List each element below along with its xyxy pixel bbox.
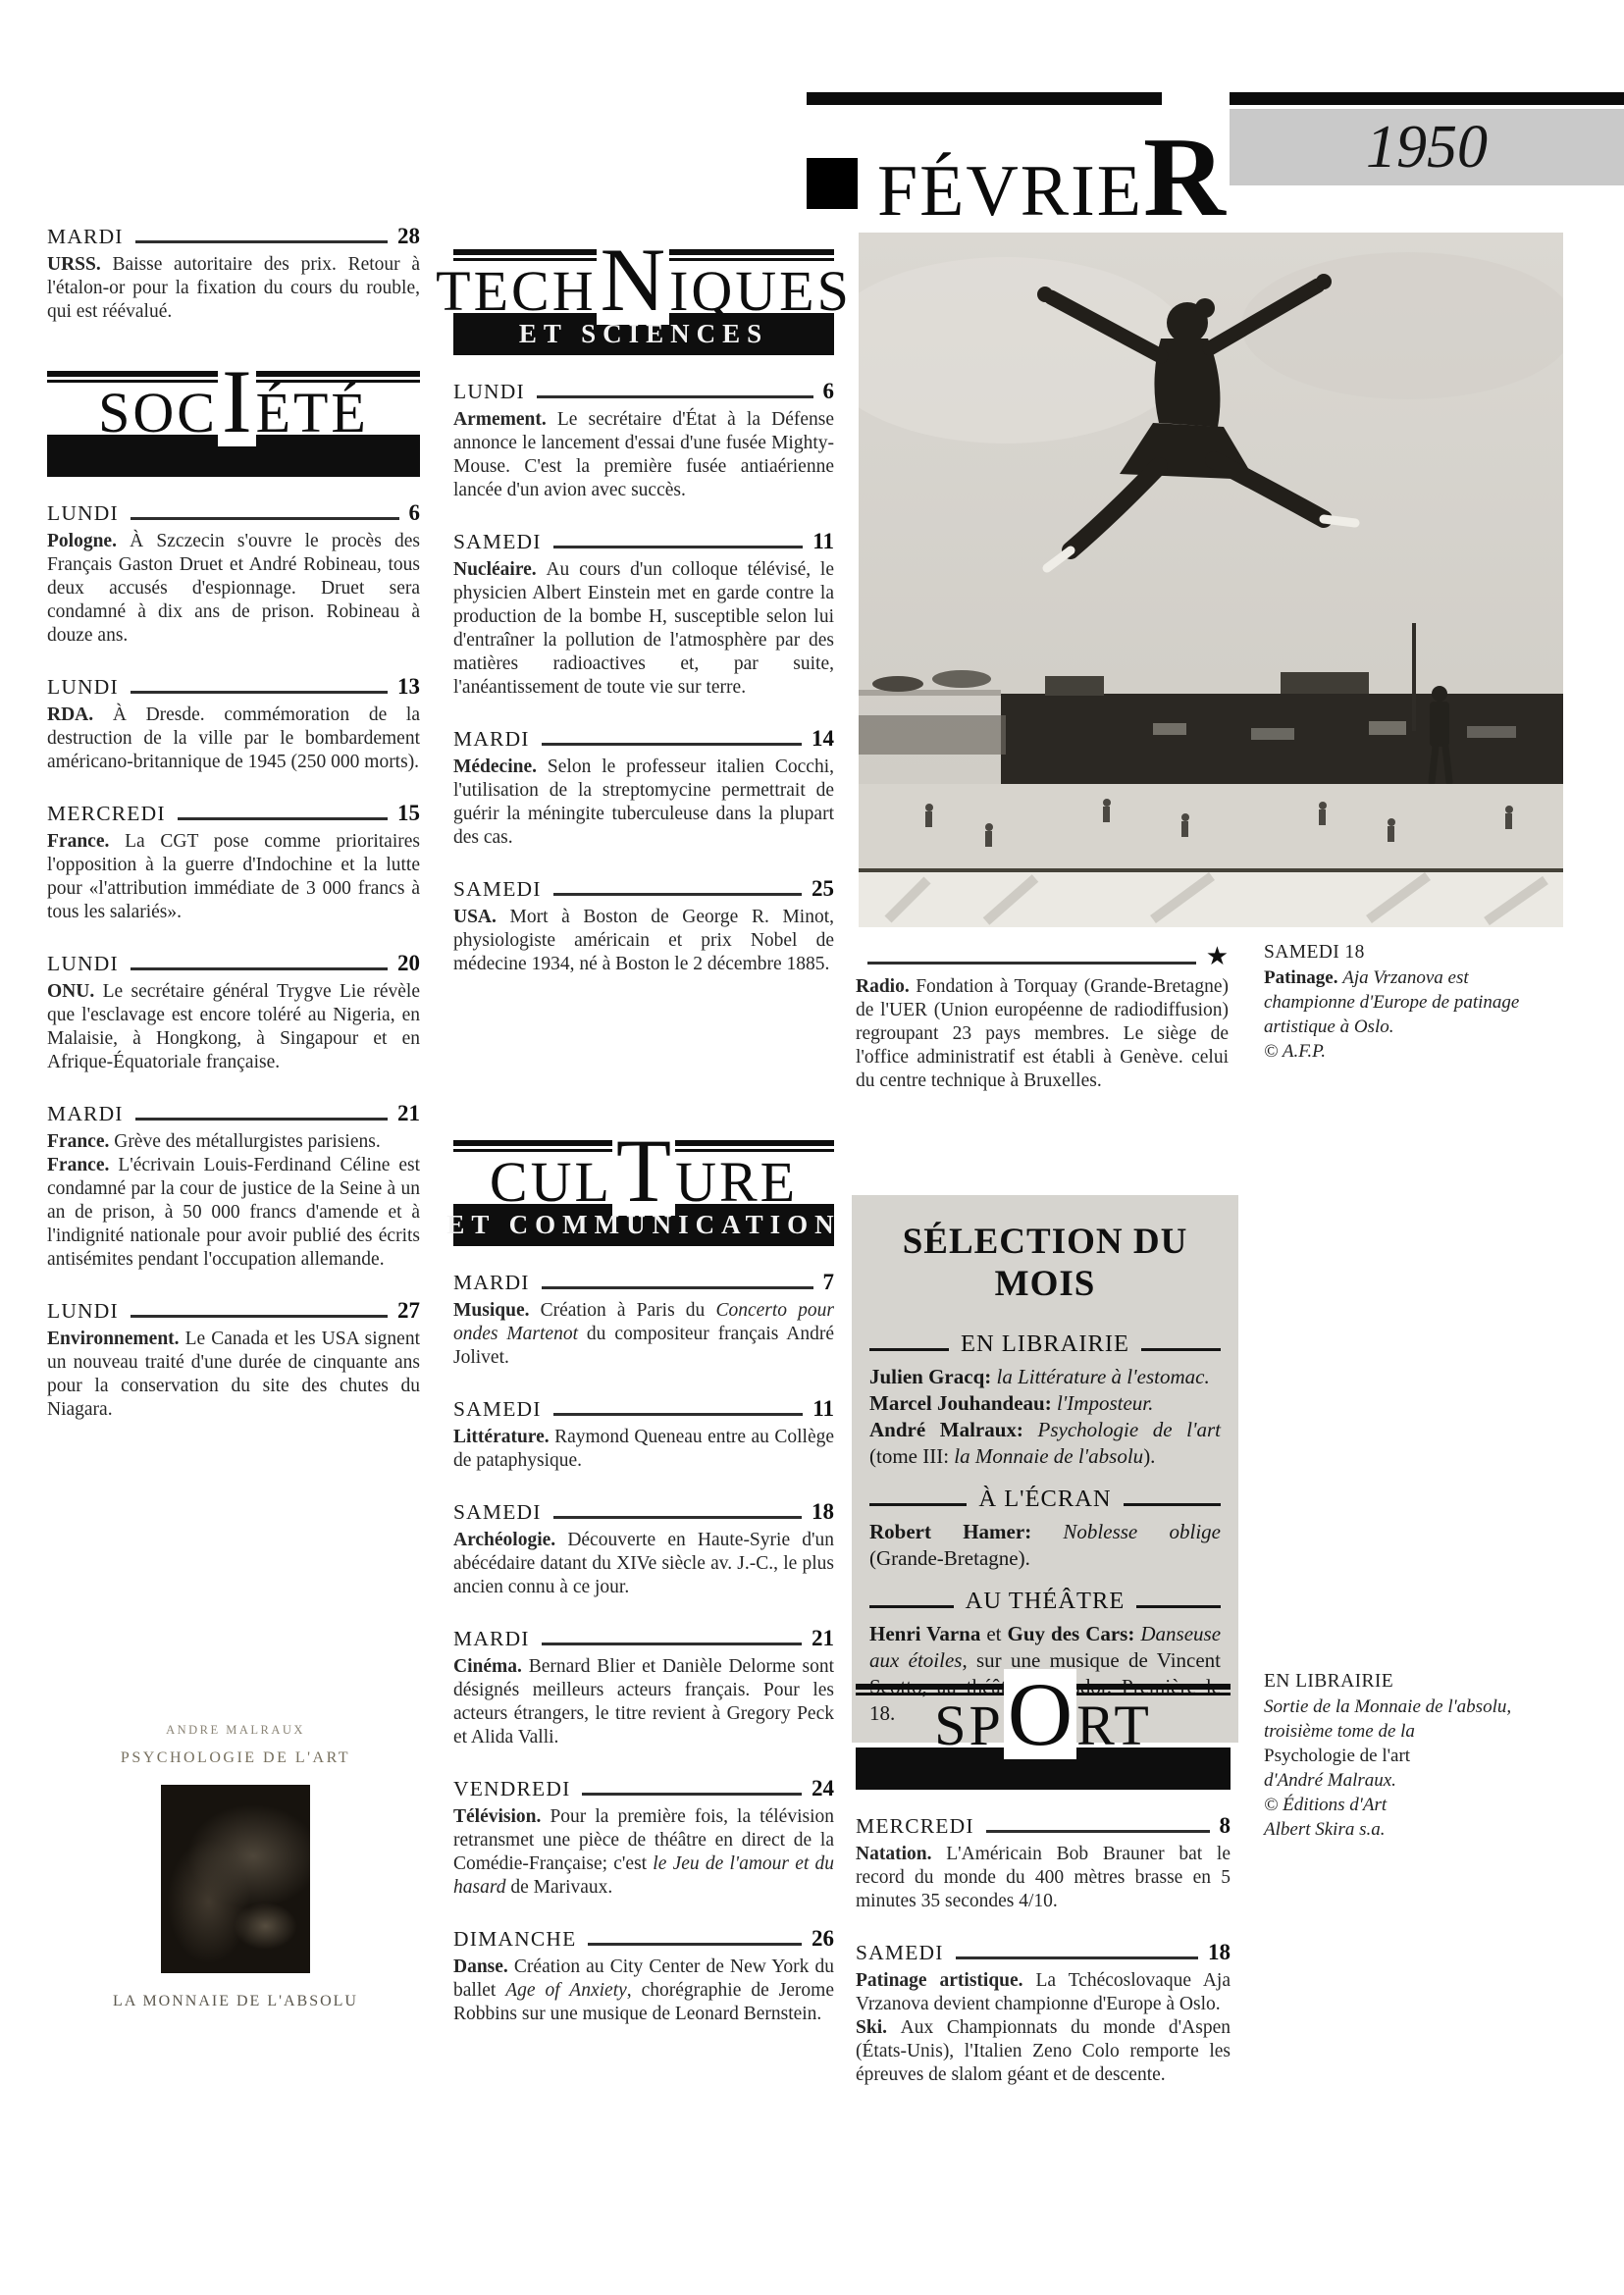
- text-segment: Cinéma.: [453, 1656, 529, 1677]
- text-segment: Patinage artistique.: [856, 1970, 1036, 1991]
- text-segment: Médecine.: [453, 756, 548, 777]
- chronicle-entry: MERCREDI15France. La CGT pose comme prio…: [47, 801, 420, 924]
- entry-rule: [542, 1643, 802, 1645]
- societe-entries: LUNDI6Pologne. À Szczecin s'ouvre le pro…: [47, 500, 420, 1422]
- entry-rule: [131, 967, 388, 970]
- text-segment: la Monnaie de l'absolu: [954, 1444, 1143, 1468]
- square-bullet-icon: [807, 158, 858, 209]
- text-segment: Ski.: [856, 2017, 901, 2038]
- entry-date-number: 21: [397, 1101, 420, 1126]
- entry-date-number: 15: [397, 801, 420, 826]
- entry-day-header: MARDI21: [453, 1626, 834, 1651]
- entry-day-header: LUNDI13: [47, 674, 420, 700]
- entry-text: ONU. Le secrétaire général Trygve Lie ré…: [47, 980, 420, 1074]
- text-segment: Environnement.: [47, 1329, 185, 1349]
- entry-text: Natation. L'Américain Bob Brauner bat le…: [856, 1843, 1231, 1913]
- text-segment: la Littérature à l'estomac.: [997, 1365, 1210, 1388]
- entry-day-header: LUNDI20: [47, 951, 420, 976]
- section-header-societe: SOCIÉTÉ: [47, 356, 420, 477]
- photo-caption: SAMEDI 18 Patinage. Aja Vrzanova est cha…: [1264, 942, 1558, 1064]
- entry-date-number: 11: [812, 529, 834, 554]
- entry-rule: [178, 817, 388, 820]
- entry-day-header: SAMEDI11: [453, 1396, 834, 1422]
- text-segment: (tome III:: [869, 1444, 954, 1468]
- chronicle-entry: LUNDI6Armement. Le secrétaire d'État à l…: [453, 379, 834, 502]
- text-segment: troisième tome de la: [1264, 1721, 1415, 1742]
- heading-label: AU THÉÂTRE: [954, 1588, 1137, 1615]
- heading-rule: [869, 1348, 949, 1351]
- selection-group-heading: À L'ÉCRAN: [869, 1486, 1221, 1513]
- entry-rule: [135, 240, 388, 243]
- entry-text: Danse. Création au City Center de New Yo…: [453, 1956, 834, 2026]
- entry-day-header: LUNDI6: [453, 379, 834, 404]
- masthead-bar-left: [807, 92, 1162, 105]
- entry-text: USA. Mort à Boston de George R. Minot, p…: [453, 906, 834, 976]
- text-segment: Noblesse oblige: [1063, 1520, 1221, 1543]
- entry-text: Littérature. Raymond Queneau entre au Co…: [453, 1426, 834, 1473]
- heading-label: EN LIBRAIRIE: [949, 1330, 1141, 1358]
- entry-date-number: 13: [397, 674, 420, 700]
- entry-date-number: 25: [812, 876, 834, 902]
- entry-date-number: 11: [812, 1396, 834, 1422]
- section-title: CULTURE: [453, 1125, 834, 1204]
- month-title: FÉVRIE R: [807, 121, 1229, 235]
- chronicle-entry: SAMEDI18Archéologie. Découverte en Haute…: [453, 1499, 834, 1599]
- entry-date-number: 14: [812, 726, 834, 752]
- text-segment: Natation.: [856, 1844, 946, 1864]
- book-author: ANDRE MALRAUX: [98, 1723, 373, 1738]
- entry-rule: [542, 743, 802, 746]
- entry-rule: [553, 1516, 802, 1519]
- entry-day-header: SAMEDI18: [856, 1940, 1231, 1965]
- text-segment: Psychologie de l'art: [1264, 1746, 1410, 1766]
- text-segment: France.: [47, 1155, 118, 1175]
- chronicle-entry: MARDI21Cinéma. Bernard Blier et Danièle …: [453, 1626, 834, 1749]
- text-segment: Le secrétaire général Trygve Lie révèle …: [47, 981, 420, 1072]
- entry-date-number: 18: [1208, 1940, 1231, 1965]
- entry-rule: [553, 893, 802, 896]
- entry-date-number: 21: [812, 1626, 834, 1651]
- caption-line: Patinage. Aja Vrzanova est championne d'…: [1264, 965, 1558, 1039]
- section-header-culture: CULTURE ET COMMUNICATION: [453, 1125, 834, 1246]
- entry-day: LUNDI: [47, 1299, 119, 1324]
- bookstore-note: EN LIBRAIRIE Sortie de la Monnaie de l'a…: [1264, 1671, 1558, 1842]
- caption-line: d'André Malraux.: [1264, 1768, 1558, 1793]
- star-icon: ★: [1206, 942, 1229, 971]
- text-segment: Julien Gracq:: [869, 1365, 997, 1388]
- chronicle-entry: LUNDI13RDA. À Dresde. commémoration de l…: [47, 674, 420, 774]
- section-header-techniques: TECHNIQUES ET SCIENCES: [453, 235, 834, 355]
- entry-day: MARDI: [47, 1102, 124, 1126]
- entry-day-header: MARDI21: [47, 1101, 420, 1126]
- entry-date-number: 7: [823, 1270, 835, 1295]
- section-sport: SPORT MERCREDI8Natation. L'Américain Bob…: [856, 1669, 1231, 2113]
- heading-rule: [1141, 1348, 1221, 1351]
- selection-group-heading: EN LIBRAIRIE: [869, 1330, 1221, 1358]
- entry-day-header: MERCREDI8: [856, 1813, 1231, 1839]
- entry-day: VENDREDI: [453, 1777, 570, 1801]
- selection-line: Marcel Jouhandeau: l'Imposteur.: [869, 1390, 1221, 1417]
- entry-text: France. Grève des métallurgistes parisie…: [47, 1130, 420, 1154]
- text-segment: de Marivaux.: [505, 1877, 612, 1898]
- entry-text: Cinéma. Bernard Blier et Danièle Delorme…: [453, 1655, 834, 1749]
- entry-rule: [582, 1793, 802, 1796]
- caption-line: troisième tome de la: [1264, 1719, 1558, 1744]
- entry-rule: [542, 1286, 813, 1289]
- section-societe: SOCIÉTÉ LUNDI6Pologne. À Szczecin s'ouvr…: [47, 356, 420, 1448]
- entry-day: MARDI: [453, 1627, 530, 1651]
- entry-day: MARDI: [453, 727, 530, 752]
- text-segment: Psychologie de l'art: [1038, 1418, 1221, 1441]
- chronicle-entry: SAMEDI11Nucléaire. Au cours d'un colloqu…: [453, 529, 834, 700]
- culture-entries: MARDI7Musique. Création à Paris du Conce…: [453, 1270, 834, 2026]
- chronicle-entry: SAMEDI18Patinage artistique. La Tchécosl…: [856, 1940, 1231, 2087]
- entry-day: LUNDI: [453, 380, 525, 404]
- chronicle-entry: SAMEDI25USA. Mort à Boston de George R. …: [453, 876, 834, 976]
- entry-date-number: 24: [812, 1776, 834, 1801]
- text-segment: Musique.: [453, 1300, 541, 1321]
- entry-date-number: 20: [397, 951, 420, 976]
- entry-day: DIMANCHE: [453, 1927, 576, 1952]
- text-segment: Guy des Cars:: [1008, 1622, 1141, 1645]
- text-segment: (Grande-Bretagne).: [869, 1546, 1030, 1570]
- text-segment: Mort à Boston de George R. Minot, physio…: [453, 907, 834, 974]
- book-cover-image: [161, 1785, 310, 1973]
- chronicle-entry: MARDI7Musique. Création à Paris du Conce…: [453, 1270, 834, 1370]
- entry-date-number: 28: [397, 224, 420, 249]
- selection-group-heading: AU THÉÂTRE: [869, 1588, 1221, 1615]
- entry-text: URSS. Baisse autoritaire des prix. Retou…: [47, 253, 420, 324]
- entry-day-header: DIMANCHE26: [453, 1926, 834, 1952]
- chronicle-entry: LUNDI27Environnement. Le Canada et les U…: [47, 1298, 420, 1422]
- text-segment: Sortie de la: [1264, 1696, 1354, 1717]
- entry-day: MARDI: [47, 225, 124, 249]
- entry-date-number: 6: [823, 379, 835, 404]
- caption-date: SAMEDI 18: [1264, 942, 1558, 964]
- chronicle-entry: ★Radio. Fondation à Torquay (Grande-Bret…: [856, 942, 1229, 1093]
- heading-rule: [1124, 1503, 1221, 1506]
- entry-date-number: 27: [397, 1298, 420, 1324]
- entry-day: LUNDI: [47, 501, 119, 526]
- text-segment: Patinage.: [1264, 967, 1342, 988]
- caption-line: © Éditions d'Art: [1264, 1793, 1558, 1817]
- chronicle-entry: VENDREDI24Télévision. Pour la première f…: [453, 1776, 834, 1900]
- text-segment: Création à Paris du: [541, 1300, 716, 1321]
- entry-day-header: MERCREDI15: [47, 801, 420, 826]
- chronicle-entry: MARDI14Médecine. Selon le professeur ita…: [453, 726, 834, 850]
- entry-day: MARDI: [453, 1271, 530, 1295]
- text-segment: ONU.: [47, 981, 103, 1002]
- book-title: PSYCHOLOGIE DE L'ART: [98, 1749, 373, 1767]
- entry-day: SAMEDI: [453, 530, 542, 554]
- magazine-page: FÉVRIE R 1950 MARDI28URSS. Baisse autori…: [0, 0, 1624, 2295]
- text-segment: Aux Championnats du monde d'Aspen (États…: [856, 2017, 1231, 2085]
- text-segment: © Éditions d'Art: [1264, 1795, 1387, 1815]
- caption-line: © A.F.P.: [1264, 1039, 1558, 1064]
- text-segment: France.: [47, 1131, 114, 1152]
- text-segment: et: [980, 1622, 1007, 1645]
- chronicle-entry: DIMANCHE26Danse. Création au City Center…: [453, 1926, 834, 2026]
- entry-day-header: MARDI7: [453, 1270, 834, 1295]
- text-segment: Armement.: [453, 409, 557, 430]
- caption-line: Psychologie de l'art: [1264, 1744, 1558, 1768]
- heading-rule: [1136, 1605, 1221, 1608]
- text-segment: Robert Hamer:: [869, 1520, 1063, 1543]
- year-label: 1950: [1366, 113, 1488, 183]
- entry-day-header: SAMEDI18: [453, 1499, 834, 1525]
- entry-text: Patinage artistique. La Tchécoslovaque A…: [856, 1969, 1231, 2016]
- selection-title: SÉLECTION DU MOIS: [869, 1221, 1221, 1305]
- entry-text: Télévision. Pour la première fois, la té…: [453, 1805, 834, 1900]
- entry-day: SAMEDI: [453, 877, 542, 902]
- text-segment: André Malraux:: [869, 1418, 1038, 1441]
- section-title: SPORT: [856, 1669, 1231, 1747]
- note-heading: EN LIBRAIRIE: [1264, 1671, 1558, 1693]
- month-name: FÉVRIE: [877, 155, 1143, 228]
- entry-text: Médecine. Selon le professeur italien Co…: [453, 756, 834, 850]
- text-segment: Henri Varna: [869, 1622, 980, 1645]
- text-segment: URSS.: [47, 254, 112, 275]
- text-segment: Littérature.: [453, 1427, 554, 1447]
- entry-day-header: VENDREDI24: [453, 1776, 834, 1801]
- year-box: 1950: [1230, 109, 1624, 185]
- book-cover: ANDRE MALRAUX PSYCHOLOGIE DE L'ART LA MO…: [98, 1723, 373, 2010]
- masthead-bar-right: [1230, 92, 1624, 105]
- chronicle-entry: MARDI28URSS. Baisse autoritaire des prix…: [47, 224, 420, 324]
- masthead-month-block: FÉVRIE R: [807, 92, 1229, 235]
- entry-rule: [588, 1943, 802, 1946]
- entry-date-number: 26: [812, 1926, 834, 1952]
- text-segment: Archéologie.: [453, 1530, 567, 1550]
- entry-day: LUNDI: [47, 675, 119, 700]
- text-segment: l'Imposteur.: [1057, 1391, 1153, 1415]
- text-segment: Albert Skira s.a.: [1264, 1819, 1386, 1840]
- figure-skater-photo-art: [859, 233, 1563, 927]
- text-segment: Nucléaire.: [453, 559, 546, 580]
- entry-rule: [867, 962, 1196, 965]
- heading-rule: [869, 1605, 954, 1608]
- entry-day: LUNDI: [47, 952, 119, 976]
- chronicle-entry: MARDI21France. Grève des métallurgistes …: [47, 1101, 420, 1272]
- entry-day: MERCREDI: [856, 1814, 974, 1839]
- chronicle-entry: MERCREDI8Natation. L'Américain Bob Braun…: [856, 1813, 1231, 1913]
- entry-day-header: MARDI28: [47, 224, 420, 249]
- heading-rule: [869, 1503, 967, 1506]
- entry-text: Musique. Création à Paris du Concerto po…: [453, 1299, 834, 1370]
- entry-text: Pologne. À Szczecin s'ouvre le procès de…: [47, 530, 420, 648]
- entry-day: SAMEDI: [453, 1397, 542, 1422]
- entry-text: Archéologie. Découverte en Haute-Syrie d…: [453, 1529, 834, 1599]
- entry-rule: [135, 1118, 388, 1121]
- selection-line: André Malraux: Psychologie de l'art (tom…: [869, 1417, 1221, 1470]
- entry-rule: [956, 1956, 1198, 1959]
- entry-day-header: LUNDI27: [47, 1298, 420, 1324]
- caption-line: Albert Skira s.a.: [1264, 1817, 1558, 1842]
- standalone-entry-urss: MARDI28URSS. Baisse autoritaire des prix…: [47, 224, 420, 350]
- text-segment: USA.: [453, 907, 510, 927]
- section-title: TECHNIQUES: [453, 235, 834, 313]
- text-segment: Radio.: [856, 976, 916, 997]
- month-big-letter: R: [1143, 121, 1226, 235]
- caption-lines: Patinage. Aja Vrzanova est championne d'…: [1264, 965, 1558, 1064]
- entry-rule: [131, 1315, 388, 1318]
- entry-rule: [131, 517, 399, 520]
- entry-date-number: 8: [1220, 1813, 1231, 1839]
- entry-day: SAMEDI: [453, 1500, 542, 1525]
- entry-text: Radio. Fondation à Torquay (Grande-Breta…: [856, 975, 1229, 1093]
- selection-line: Julien Gracq: la Littérature à l'estomac…: [869, 1364, 1221, 1390]
- radio-entry: ★Radio. Fondation à Torquay (Grande-Bret…: [856, 942, 1229, 1120]
- selection-line: Robert Hamer: Noblesse oblige (Grande-Br…: [869, 1519, 1221, 1572]
- entry-day: SAMEDI: [856, 1941, 944, 1965]
- section-header-sport: SPORT: [856, 1669, 1231, 1790]
- text-segment: Grève des métallurgistes parisiens.: [114, 1131, 381, 1152]
- techniques-entries: LUNDI6Armement. Le secrétaire d'État à l…: [453, 379, 834, 976]
- chronicle-entry: LUNDI6Pologne. À Szczecin s'ouvre le pro…: [47, 500, 420, 648]
- text-segment: Monnaie de l'absolu,: [1354, 1696, 1511, 1717]
- entry-rule: [537, 395, 813, 398]
- entry-rule: [986, 1830, 1210, 1833]
- section-techniques: TECHNIQUES ET SCIENCES LUNDI6Armement. L…: [453, 235, 834, 1003]
- masthead-year-block: 1950: [1230, 92, 1624, 185]
- entry-day-header: MARDI14: [453, 726, 834, 752]
- entry-text: France. La CGT pose comme prioritaires l…: [47, 830, 420, 924]
- heading-label: À L'ÉCRAN: [967, 1486, 1123, 1513]
- text-segment: d'André Malraux.: [1264, 1770, 1396, 1791]
- section-title: SOCIÉTÉ: [47, 356, 420, 435]
- text-segment: France.: [47, 831, 125, 852]
- text-segment: Age of Anxiety: [505, 1980, 627, 2001]
- sport-entries: MERCREDI8Natation. L'Américain Bob Braun…: [856, 1813, 1231, 2087]
- entry-text: Environnement. Le Canada et les USA sign…: [47, 1328, 420, 1422]
- entry-day-header: LUNDI6: [47, 500, 420, 526]
- entry-text: Armement. Le secrétaire d'État à la Défe…: [453, 408, 834, 502]
- entry-date-number: 6: [409, 500, 421, 526]
- chronicle-entry: SAMEDI11Littérature. Raymond Queneau ent…: [453, 1396, 834, 1473]
- text-segment: ).: [1143, 1444, 1155, 1468]
- entry-rule: [553, 1413, 804, 1416]
- text-segment: RDA.: [47, 704, 113, 725]
- entry-text: France. L'écrivain Louis-Ferdinand Célin…: [47, 1154, 420, 1272]
- entry-rule: [131, 691, 388, 694]
- entry-day-header: SAMEDI25: [453, 876, 834, 902]
- figure-skater-photo: [859, 233, 1563, 927]
- text-segment: Au cours d'un colloque télévisé, le phys…: [453, 559, 834, 698]
- entry-day-header: ★: [856, 942, 1229, 971]
- text-segment: Pologne.: [47, 531, 130, 551]
- entry-text: Nucléaire. Au cours d'un colloque télévi…: [453, 558, 834, 700]
- text-segment: Marcel Jouhandeau:: [869, 1391, 1057, 1415]
- entry-day: MERCREDI: [47, 802, 166, 826]
- caption-line: Sortie de la Monnaie de l'absolu,: [1264, 1695, 1558, 1719]
- entry-day-header: SAMEDI11: [453, 529, 834, 554]
- section-culture: CULTURE ET COMMUNICATION MARDI7Musique. …: [453, 1125, 834, 2053]
- note-lines: Sortie de la Monnaie de l'absolu,troisiè…: [1264, 1695, 1558, 1842]
- chronicle-entry: LUNDI20ONU. Le secrétaire général Trygve…: [47, 951, 420, 1074]
- text-segment: Danse.: [453, 1956, 514, 1977]
- entry-date-number: 18: [812, 1499, 834, 1525]
- selection-du-mois-box: SÉLECTION DU MOIS EN LIBRAIRIEJulien Gra…: [852, 1195, 1238, 1743]
- entry-text: RDA. À Dresde. commémoration de la destr…: [47, 704, 420, 774]
- entry-text: Ski. Aux Championnats du monde d'Aspen (…: [856, 2016, 1231, 2087]
- text-segment: Télévision.: [453, 1806, 550, 1827]
- entry-rule: [553, 546, 804, 548]
- text-segment: © A.F.P.: [1264, 1041, 1326, 1062]
- book-caption: LA MONNAIE DE L'ABSOLU: [98, 1993, 373, 2010]
